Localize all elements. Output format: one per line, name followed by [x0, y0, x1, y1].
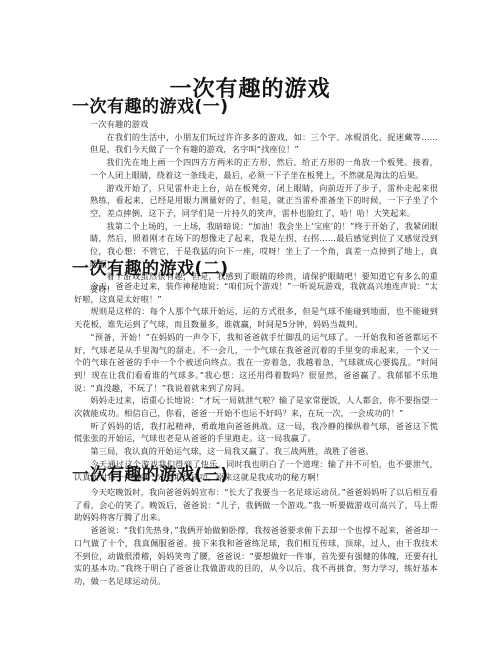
paragraph: 爸爸说：“我们先热身，”我俩开始做俯卧撑，我按爸爸要求俯下去却一个也撑不起来，爸… [74, 524, 438, 588]
paragraph: 听了妈妈的话，我打起精神，勇敢地向爸爸挑战。这一局，我冷静的操纵着气球，爸爸这下… [74, 420, 438, 445]
section-two: 一次有趣的游戏(二) 今天，爸爸走过来，装作神秘地说：“咱们玩个游戏！”一听说玩… [74, 258, 438, 483]
paragraph: 在我们的生活中，小朋友们玩过许许多多的游戏，如：三个字、冰棍消化、捉迷藏等……但… [90, 131, 438, 156]
section-heading: 一次有趣的游戏(一) [72, 96, 438, 118]
document-page: 一次有趣的游戏 一次有趣的游戏(一) 一次有趣的游戏 在我们的生活中，小朋友们玩… [0, 0, 500, 647]
paragraph: 今天吃晚饭时，我向爸爸妈妈宣布：“长大了我要当一名足球运动员。”爸爸妈妈听了以后… [74, 486, 438, 524]
section-heading: 一次有趣的游戏(三) [72, 464, 438, 486]
paragraph: “预备，开始！”在妈妈的一声令下，我和爸爸就手忙脚乱的运气球了。一开始我和爸爸都… [74, 331, 438, 395]
section-heading: 一次有趣的游戏(二) [72, 258, 438, 280]
paragraph: 规则是这样的：每个人那个气球开始运，运的方式很多，但是气球不能碰到地面，也不能碰… [74, 305, 438, 330]
paragraph: 今天，爸爸走过来，装作神秘地说：“咱们玩个游戏！”一听说玩游戏，我就高兴地连声说… [74, 280, 438, 305]
section-body: 今天吃晚饭时，我向爸爸妈妈宣布：“长大了我要当一名足球运动员。”爸爸妈妈听了以后… [74, 486, 438, 588]
paragraph: 我们先在地上画一个四四方方两米的正方形，然后，给正方形的一角放一个板凳。接着，一… [90, 156, 438, 181]
paragraph: 游戏开始了，只见雷朴走上台，站在板凳旁，闭上眼睛，向前迈开了步子，雷朴走起来很熟… [90, 182, 438, 220]
section-body: 今天，爸爸走过来，装作神秘地说：“咱们玩个游戏！”一听说玩游戏，我就高兴地连声说… [74, 280, 438, 483]
paragraph: 妈妈走过来，语重心长地说：“才玩一局就泄气啦？输了是家常便饭，人人都会，你不要指… [74, 394, 438, 419]
section-three: 一次有趣的游戏(三) 今天吃晚饭时，我向爸爸妈妈宣布：“长大了我要当一名足球运动… [74, 464, 438, 588]
section-subtitle: 一次有趣的游戏 [74, 118, 438, 131]
paragraph: 第三局，我认真的开始运气球，这一局我又赢了。我三战两胜，战胜了爸爸。 [74, 445, 438, 458]
